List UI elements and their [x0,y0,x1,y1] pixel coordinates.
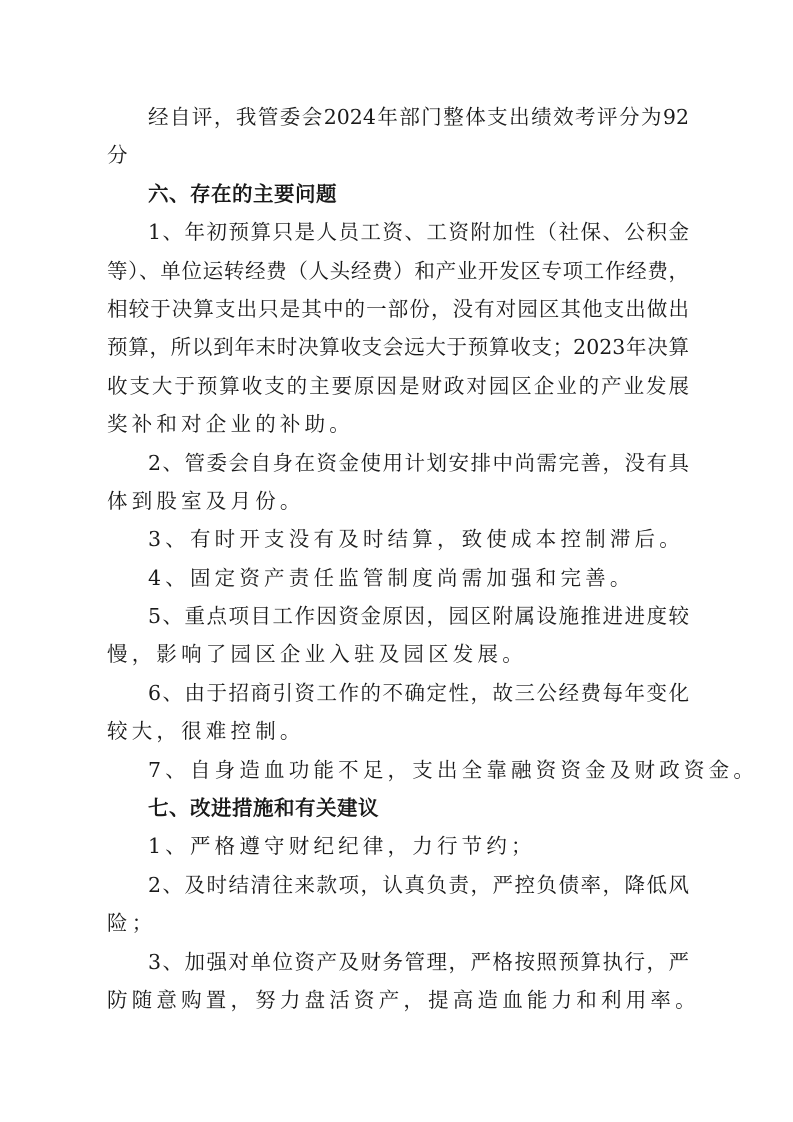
problem-1-line-2: 等）、单位运转经费（人头经费）和产业开发区专项工作经费， [107,252,689,290]
problem-1-line-4: 预算，所以到年末时决算收支会远大于预算收支；2023年决算 [107,328,689,366]
problem-3: 3、有时开支没有及时结算，致使成本控制滞后。 [107,520,689,558]
problem-2-line-2: 体到股室及月份。 [107,482,689,520]
section-heading-improvements: 七、改进措施和有关建议 [107,789,689,827]
problem-7: 7、自身造血功能不足，支出全靠融资资金及财政资金。 [107,751,689,789]
problem-2-line-1: 2、管委会自身在资金使用计划安排中尚需完善，没有具 [107,444,689,482]
improvement-3-line-2: 防随意购置，努力盘活资产，提高造血能力和利用率。 [107,981,689,1019]
problem-1-line-6: 奖补和对企业的补助。 [107,405,689,443]
problem-1-line-1: 1、年初预算只是人员工资、工资附加性（社保、公积金 [107,213,689,251]
problem-1-line-5: 收支大于预算收支的主要原因是财政对园区企业的产业发展 [107,367,689,405]
paragraph-self-evaluation-line-2: 分 [107,136,689,174]
problem-5-line-1: 5、重点项目工作因资金原因，园区附属设施推进进度较 [107,597,689,635]
paragraph-self-evaluation-line-1: 经自评，我管委会2024年部门整体支出绩效考评分为92 [107,98,689,136]
improvement-1: 1、严格遵守财纪纪律，力行节约； [107,827,689,865]
problem-4: 4、固定资产责任监管制度尚需加强和完善。 [107,559,689,597]
improvement-2-line-1: 2、及时结清往来款项，认真负责，严控负债率，降低风 [107,866,689,904]
problem-6-line-2: 较大，很难控制。 [107,712,689,750]
problem-6-line-1: 6、由于招商引资工作的不确定性，故三公经费每年变化 [107,674,689,712]
section-heading-problems: 六、存在的主要问题 [107,175,689,213]
problem-5-line-2: 慢，影响了园区企业入驻及园区发展。 [107,635,689,673]
improvement-3-line-1: 3、加强对单位资产及财务管理，严格按照预算执行，严 [107,943,689,981]
problem-1-line-3: 相较于决算支出只是其中的一部份，没有对园区其他支出做出 [107,290,689,328]
document-page: 经自评，我管委会2024年部门整体支出绩效考评分为92 分 六、存在的主要问题 … [107,98,689,1019]
improvement-2-line-2: 险； [107,904,689,942]
